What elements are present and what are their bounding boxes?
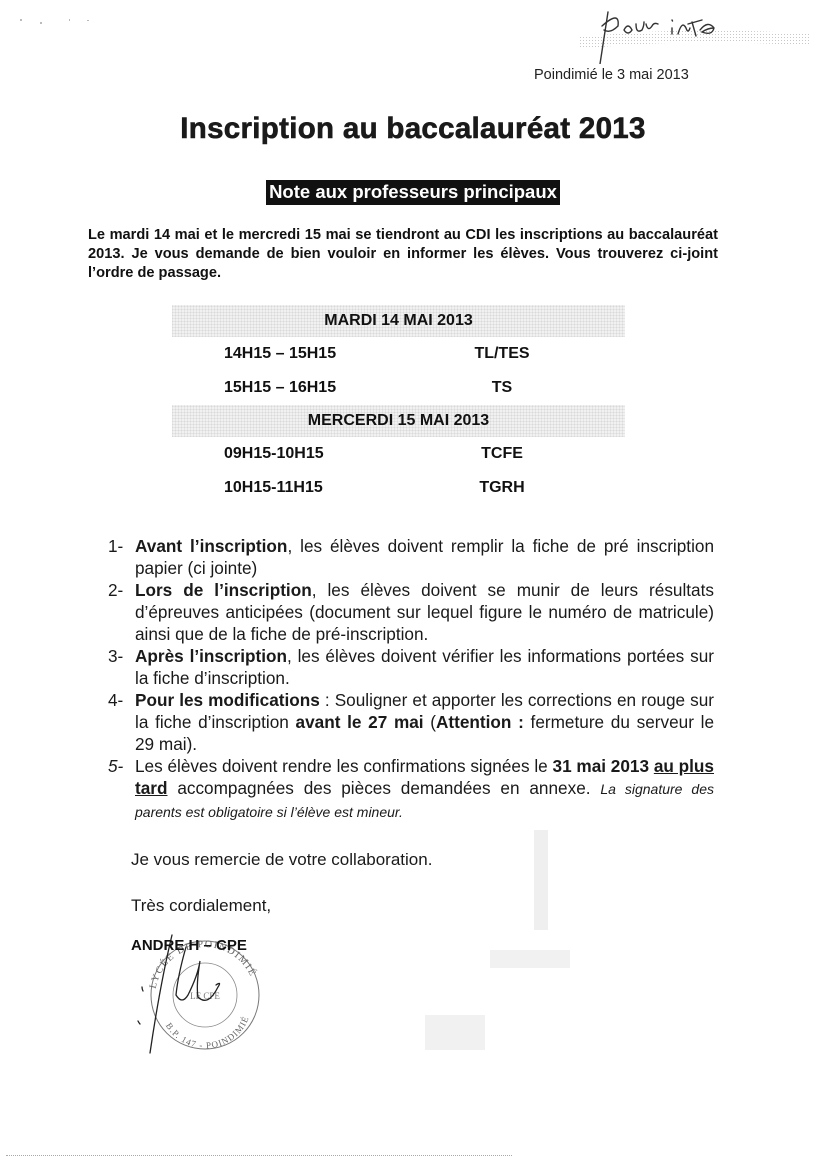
slot-time: 15H15 – 16H15 [224,371,336,405]
stamp-center-text: LE CPE [190,991,220,1001]
item-text: Les élèves doivent rendre les confirmati… [135,756,553,776]
handwritten-annotation [580,4,810,64]
instruction-item: 4-Pour les modifications : Souligner et … [108,689,714,755]
item-number: 5- [108,755,123,777]
item-number: 1- [108,535,123,557]
slot-time: 09H15-10H15 [224,437,324,471]
item-lead: Lors de l’inscription [135,580,312,600]
page-title: Inscription au baccalauréat 2013 [0,112,826,146]
schedule-row: 15H15 – 16H15 TS [172,371,625,405]
item-number: 2- [108,579,123,601]
instruction-item: 1-Avant l’inscription, les élèves doiven… [108,535,714,579]
deadline: 31 mai 2013 [553,756,650,776]
thanks-line: Je vous remercie de votre collaboration. [131,850,432,870]
item-text: ( [424,712,436,732]
place-and-date: Poindimié le 3 mai 2013 [534,67,689,83]
instruction-item: 2-Lors de l’inscription, les élèves doiv… [108,579,714,645]
instruction-item: 3-Après l’inscription, les élèves doiven… [108,645,714,689]
day-header-mardi: MARDI 14 MAI 2013 [172,305,625,337]
schedule-row: 10H15-11H15 TGRH [172,471,625,505]
day-header-mercredi: MERCERDI 15 MAI 2013 [172,405,625,437]
salutation: Très cordialement, [131,896,271,916]
item-lead: Après l’inscription [135,646,287,666]
intro-paragraph: Le mardi 14 mai et le mercredi 15 mai se… [88,226,718,283]
schedule-row: 14H15 – 15H15 TL/TES [172,337,625,371]
subtitle-banner: Note aux professeurs principaux [266,180,560,205]
slot-classes: TL/TES [442,337,562,371]
item-number: 3- [108,645,123,667]
item-lead: Avant l’inscription [135,536,287,556]
slot-classes: TGRH [442,471,562,505]
svg-text:B.P. 147 - POINDIMIÉ: B.P. 147 - POINDIMIÉ [164,1014,251,1050]
instruction-item: 5-Les élèves doivent rendre les confirma… [108,755,714,823]
item-text: accompagnées des pièces demandées en ann… [167,778,600,798]
instructions-list: 1-Avant l’inscription, les élèves doiven… [108,535,714,823]
attention-label: Attention : [436,712,524,732]
deadline: avant le 27 mai [296,712,424,732]
slot-time: 10H15-11H15 [224,471,323,505]
schedule-row: 09H15-10H15 TCFE [172,437,625,471]
signature-block: LYCÉE DE POINDIMIÉ B.P. 147 - POINDIMIÉ … [108,925,288,1055]
item-number: 4- [108,689,123,711]
slot-time: 14H15 – 15H15 [224,337,336,371]
item-lead: Pour les modifications [135,690,320,710]
stamp-bottom-text: B.P. 147 - POINDIMIÉ [164,1014,251,1050]
page-bottom-edge [6,1155,512,1156]
signer-name: ANDRE H – CPE [131,937,247,954]
schedule-table: MARDI 14 MAI 2013 14H15 – 15H15 TL/TES 1… [172,305,625,505]
slot-classes: TS [442,371,562,405]
slot-classes: TCFE [442,437,562,471]
